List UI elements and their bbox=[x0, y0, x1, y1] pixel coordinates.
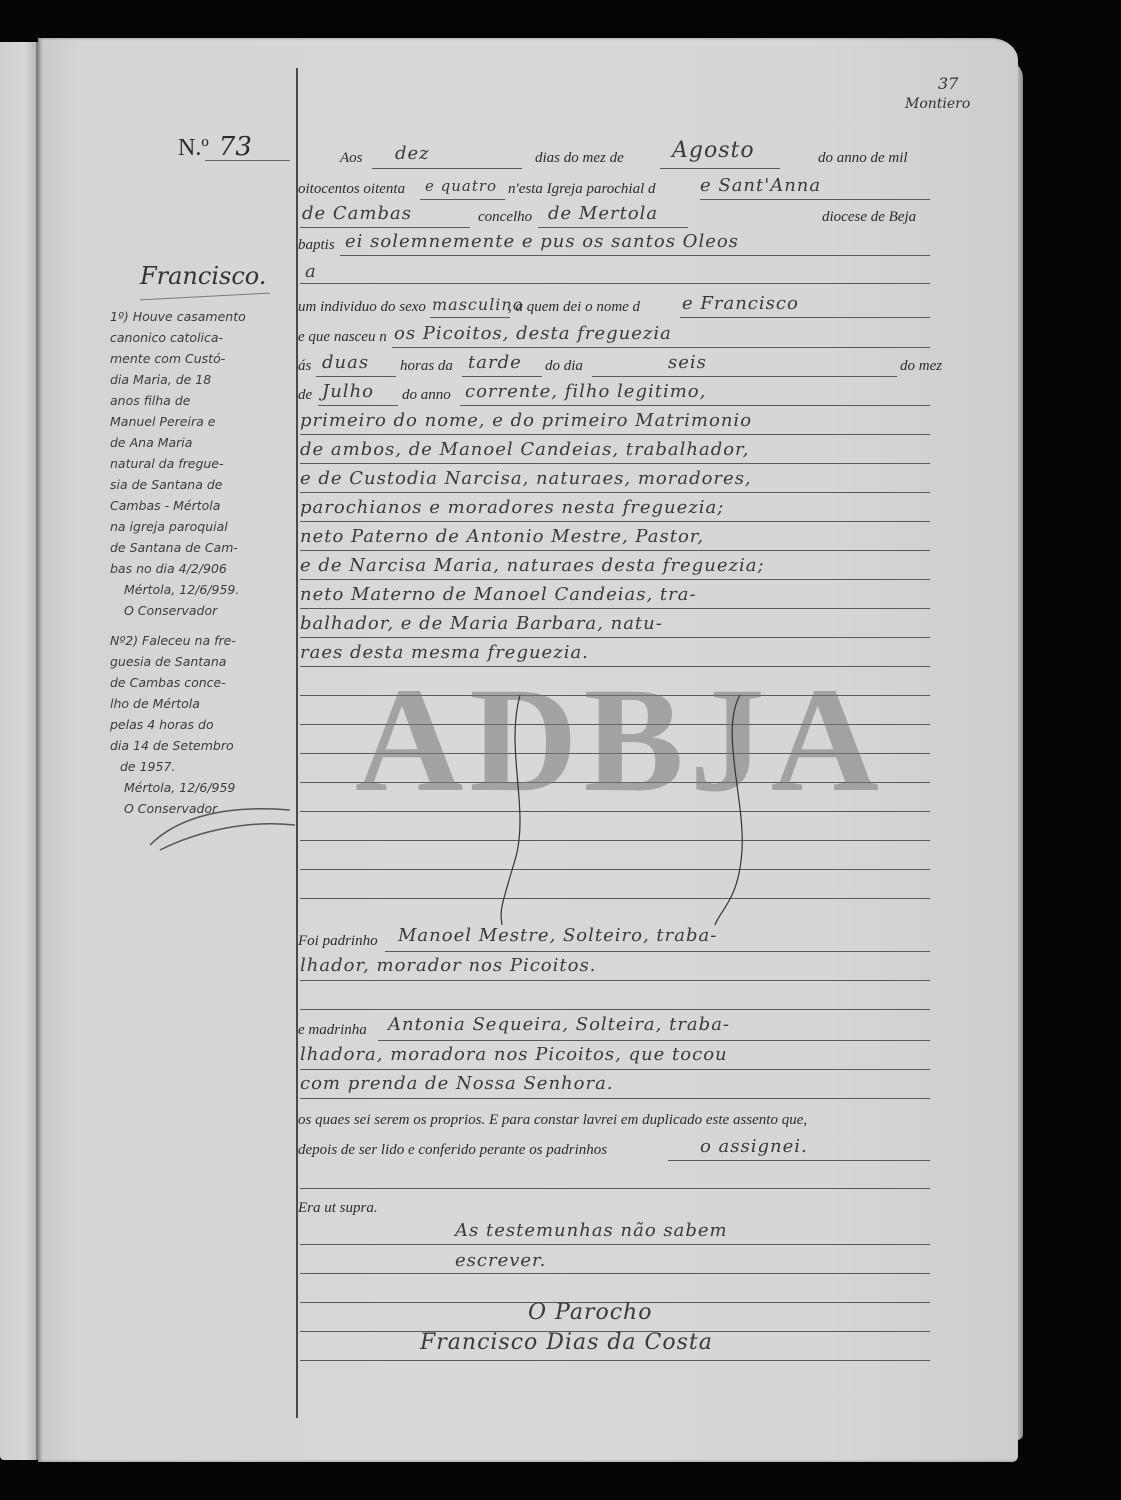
form-text-do-anno: do anno bbox=[402, 387, 451, 404]
margin-note-line: lho de Mértola bbox=[110, 693, 295, 714]
margin-note-line: dia Maria, de 18 bbox=[110, 369, 295, 390]
handwritten-a: a bbox=[305, 261, 317, 282]
handwritten-godmother-cont: lhadora, moradora nos Picoitos, que toco… bbox=[300, 1044, 728, 1065]
margin-note-line: anos filha de bbox=[110, 390, 295, 411]
form-blank-line bbox=[318, 405, 398, 406]
ruled-line bbox=[300, 1098, 930, 1099]
form-text-padrinho: Foi padrinho bbox=[298, 933, 378, 950]
handwritten-continuation-line: primeiro do nome, e do primeiro Matrimon… bbox=[300, 410, 752, 431]
handwritten-continuation-line: neto Paterno de Antonio Mestre, Pastor, bbox=[300, 526, 704, 547]
handwritten-birth-day: seis bbox=[668, 352, 707, 373]
handwritten-continuation-line: e de Narcisa Maria, naturaes desta fregu… bbox=[300, 555, 765, 576]
form-text-de: de bbox=[298, 387, 312, 404]
form-blank-line bbox=[660, 168, 780, 169]
entry-number-underline bbox=[205, 160, 290, 161]
form-blank-line bbox=[430, 317, 510, 318]
form-blank-line bbox=[378, 1040, 930, 1041]
handwritten-signed: o assignei. bbox=[700, 1136, 808, 1157]
margin-note-line: dia 14 de Setembro bbox=[110, 735, 295, 756]
form-blank-line bbox=[340, 255, 930, 256]
handwritten-continuation-line: de ambos, de Manoel Candeias, trabalhado… bbox=[300, 439, 749, 460]
handwritten-given-name: e Francisco bbox=[682, 293, 799, 314]
form-blank-line bbox=[316, 376, 396, 377]
form-text-concelho: concelho bbox=[478, 209, 532, 226]
form-text-madrinha: e madrinha bbox=[298, 1022, 367, 1039]
form-text-era-ut-supra: Era ut supra. bbox=[298, 1200, 378, 1217]
entry-number-label: N.º bbox=[178, 135, 209, 161]
handwritten-baptism-manner: ei solemnemente e pus os santos Oleos bbox=[345, 231, 739, 252]
margin-note-line: Mértola, 12/6/959 bbox=[110, 777, 295, 798]
entry-number: N.º73 bbox=[178, 132, 252, 162]
form-text-do-dia: do dia bbox=[545, 358, 583, 375]
form-blank-line bbox=[460, 405, 930, 406]
form-blank-line bbox=[668, 1160, 930, 1161]
form-blank-line bbox=[592, 376, 897, 377]
ruled-line bbox=[300, 608, 930, 609]
handwritten-birth-year: corrente, filho legitimo, bbox=[465, 381, 706, 402]
form-text-dias-do-mez: dias do mez de bbox=[535, 150, 624, 167]
margin-note-line: bas no dia 4/2/906 bbox=[110, 558, 295, 579]
margin-note-line: de Santana de Cam- bbox=[110, 537, 295, 558]
form-blank-line bbox=[700, 199, 930, 200]
ruled-line bbox=[300, 840, 930, 841]
margin-note-line: Nº2) Faleceu na fre- bbox=[110, 630, 295, 651]
form-text-baptis: baptis bbox=[298, 237, 335, 254]
form-blank-line bbox=[420, 199, 505, 200]
margin-note-line: 1º) Houve casamento bbox=[110, 306, 295, 327]
handwritten-hour: duas bbox=[322, 352, 369, 373]
ruled-line bbox=[300, 521, 930, 522]
ruled-line bbox=[300, 492, 930, 493]
cancel-stroke bbox=[700, 690, 760, 930]
handwritten-birthplace: os Picoitos, desta freguezia bbox=[394, 323, 672, 344]
ruled-line bbox=[300, 579, 930, 580]
margin-note-line: natural da fregue- bbox=[110, 453, 295, 474]
handwritten-day: dez bbox=[395, 143, 430, 164]
folio-number: 37 bbox=[938, 74, 958, 93]
form-text-nasceu: e que nasceu n bbox=[298, 329, 387, 346]
form-text-closing-2: depois de ser lido e conferido perante o… bbox=[298, 1142, 607, 1159]
folio-label: Montiero bbox=[905, 96, 970, 112]
facing-page-edge bbox=[0, 42, 36, 1460]
handwritten-godfather-cont: lhador, morador nos Picoitos. bbox=[300, 955, 596, 976]
ruled-line bbox=[300, 434, 930, 435]
form-text-horas-da: horas da bbox=[400, 358, 453, 375]
cancel-stroke bbox=[480, 690, 540, 930]
form-blank-line bbox=[538, 227, 688, 228]
form-text-aos: Aos bbox=[340, 150, 363, 167]
margin-note-line: mente com Custó- bbox=[110, 348, 295, 369]
archive-watermark: ADBJA bbox=[300, 665, 940, 815]
form-blank-line bbox=[680, 317, 930, 318]
ruled-line bbox=[300, 1244, 930, 1245]
form-blank-line bbox=[372, 168, 522, 169]
margin-note-line: pelas 4 horas do bbox=[110, 714, 295, 735]
ruled-line bbox=[300, 1188, 930, 1189]
ruled-line bbox=[300, 637, 930, 638]
margin-note-line: guesia de Santana bbox=[110, 651, 295, 672]
handwritten-period: tarde bbox=[468, 352, 522, 373]
handwritten-municipality: de Mertola bbox=[548, 203, 658, 224]
form-text-nome: , a quem dei o nome d bbox=[508, 299, 640, 316]
margin-note-line: canonico catolica- bbox=[110, 327, 295, 348]
ruled-line bbox=[300, 550, 930, 551]
form-text-closing: os quaes sei serem os proprios. E para c… bbox=[298, 1112, 807, 1129]
handwritten-continuation-line: neto Materno de Manoel Candeias, tra- bbox=[300, 584, 697, 605]
margin-note-line: Manuel Pereira e bbox=[110, 411, 295, 432]
margin-note-line: na igreja paroquial bbox=[110, 516, 295, 537]
margin-note-line: Cambas - Mértola bbox=[110, 495, 295, 516]
form-text-sexo: um individuo do sexo bbox=[298, 299, 426, 316]
parish-priest-signature: Francisco Dias da Costa bbox=[420, 1330, 713, 1355]
form-blank-line bbox=[300, 227, 470, 228]
entry-number-value: 73 bbox=[219, 132, 252, 162]
handwritten-godfather: Manoel Mestre, Solteiro, traba- bbox=[398, 925, 717, 946]
handwritten-month: Agosto bbox=[672, 138, 755, 163]
parish-priest-title: O Parocho bbox=[528, 1300, 652, 1325]
margin-note-line: de Ana Maria bbox=[110, 432, 295, 453]
form-text-diocese: diocese de Beja bbox=[822, 209, 916, 226]
margin-note-line: O Conservador bbox=[110, 600, 295, 621]
handwritten-parish-cont: de Cambas bbox=[302, 203, 412, 224]
scanned-image: 37 Montiero N.º73 Francisco. 1º) Houve c… bbox=[0, 0, 1121, 1500]
ruled-line bbox=[300, 1009, 930, 1010]
handwritten-year: e quatro bbox=[425, 177, 497, 195]
ruled-line bbox=[300, 1069, 930, 1070]
form-text-as: ás bbox=[298, 358, 311, 375]
margin-note-death: Nº2) Faleceu na fre- guesia de Santana d… bbox=[110, 630, 295, 819]
margin-note-line: sia de Santana de bbox=[110, 474, 295, 495]
handwritten-continuation-line: parochianos e moradores nesta freguezia; bbox=[300, 497, 724, 518]
margin-note-line: Mértola, 12/6/959. bbox=[110, 579, 295, 600]
ruled-line bbox=[300, 980, 930, 981]
margin-signature-flourish bbox=[140, 800, 300, 860]
handwritten-godmother-cont: com prenda de Nossa Senhora. bbox=[300, 1073, 614, 1094]
margin-note-marriage: 1º) Houve casamento canonico catolica- m… bbox=[110, 306, 295, 621]
handwritten-witness-note: As testemunhas não sabem bbox=[455, 1220, 728, 1241]
handwritten-witness-note: escrever. bbox=[455, 1250, 546, 1271]
margin-baptized-name: Francisco. bbox=[140, 262, 266, 290]
ruled-line bbox=[300, 463, 930, 464]
form-text-igreja: n'esta Igreja parochial d bbox=[508, 181, 656, 198]
form-text-do-mez: do mez bbox=[900, 358, 942, 375]
handwritten-continuation-line: e de Custodia Narcisa, naturaes, morador… bbox=[300, 468, 752, 489]
form-blank-line bbox=[392, 347, 930, 348]
handwritten-godmother: Antonia Sequeira, Solteira, traba- bbox=[388, 1014, 730, 1035]
ruled-line bbox=[300, 1273, 930, 1274]
ruled-line bbox=[300, 1360, 930, 1361]
form-text-anno: do anno de mil bbox=[818, 150, 908, 167]
handwritten-birth-month: Julho bbox=[322, 381, 374, 402]
ruled-line bbox=[300, 869, 930, 870]
ruled-line bbox=[300, 898, 930, 899]
form-blank-line bbox=[385, 951, 930, 952]
form-blank-line bbox=[462, 376, 542, 377]
form-blank-line bbox=[300, 283, 930, 284]
handwritten-parish: e Sant'Anna bbox=[700, 175, 821, 196]
margin-note-line: de 1957. bbox=[110, 756, 295, 777]
handwritten-continuation-line: balhador, e de Maria Barbara, natu- bbox=[300, 613, 663, 634]
margin-note-line: de Cambas conce- bbox=[110, 672, 295, 693]
form-text-oitocentos: oitocentos oitenta bbox=[298, 181, 405, 198]
